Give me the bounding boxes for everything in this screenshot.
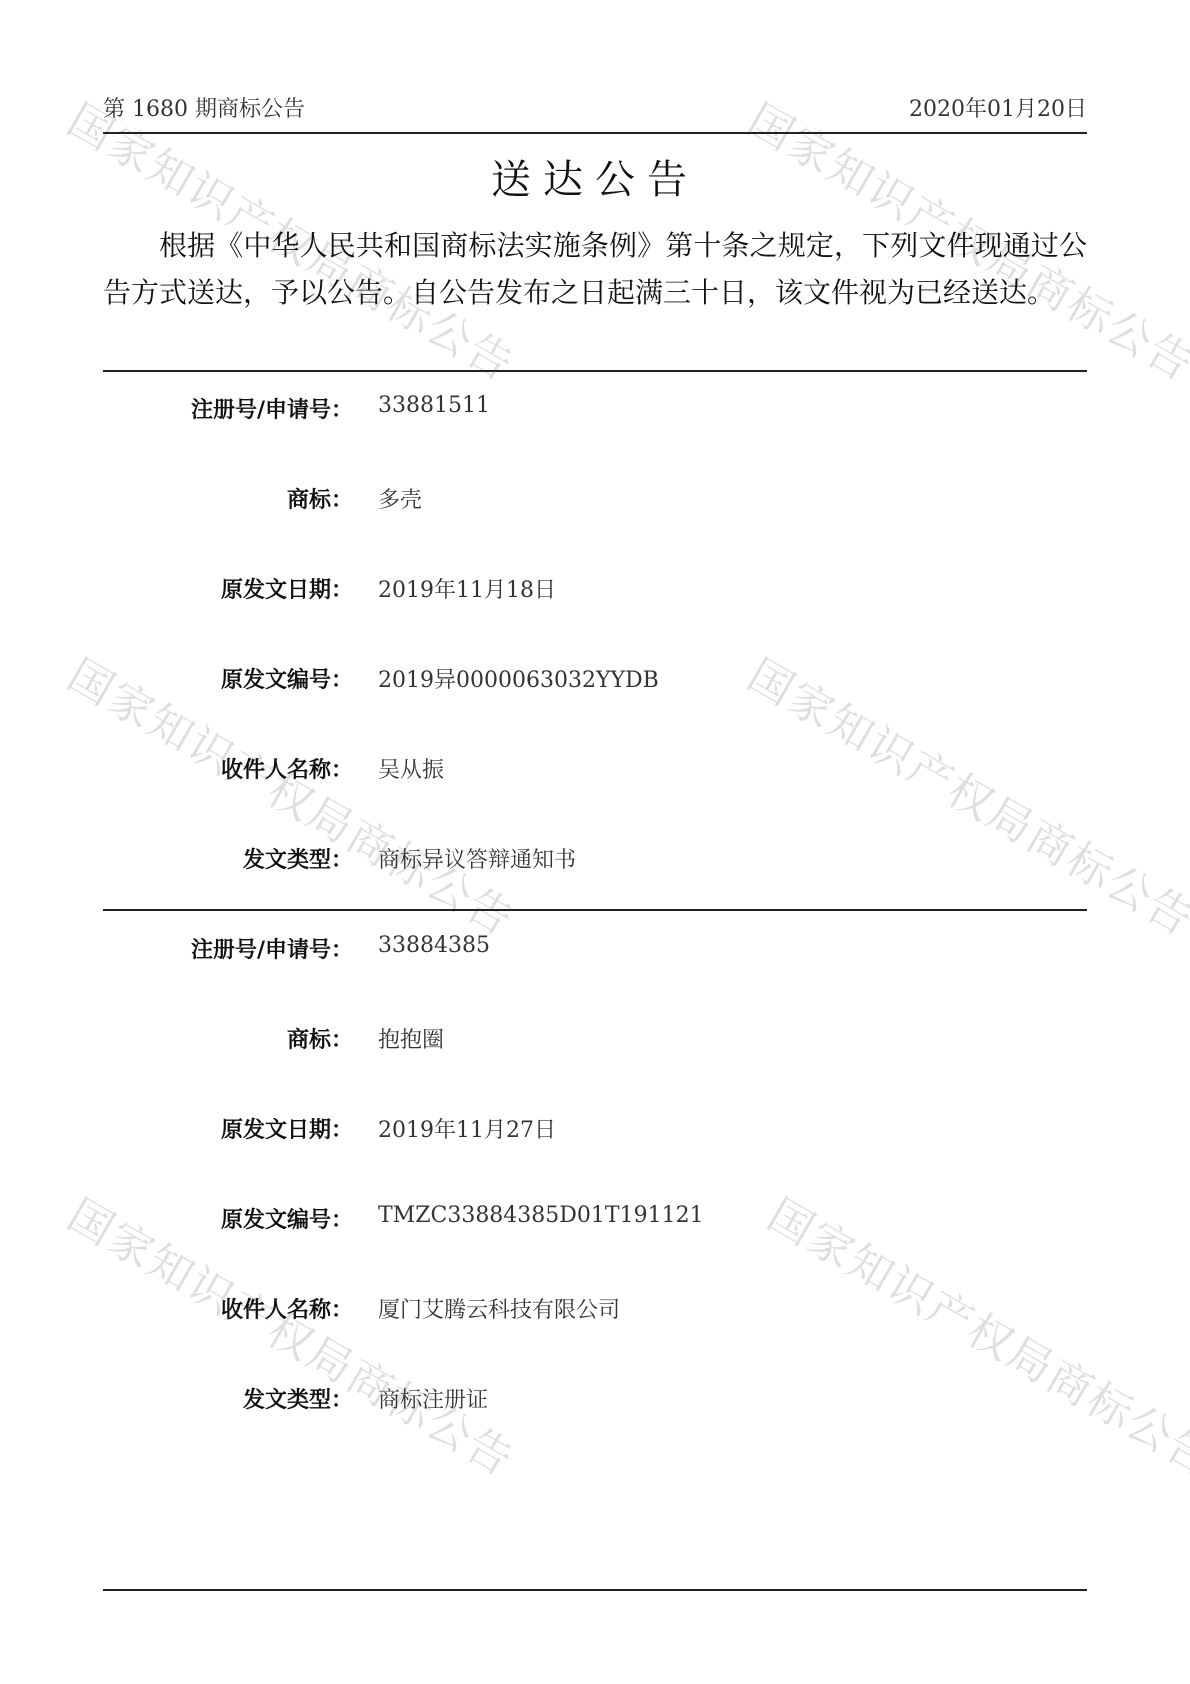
field-orig-no: 原发文编号： 2019异0000063032YYDB [103, 663, 1087, 703]
field-orig-date: 原发文日期： 2019年11月18日 [103, 573, 1087, 613]
field-value: 抱抱圈 [378, 1023, 444, 1054]
field-trademark: 商标： 抱抱圈 [103, 1023, 1087, 1063]
field-value: TMZC33884385D01T191121 [378, 1203, 704, 1228]
issue-number: 第 1680 期商标公告 [103, 92, 305, 123]
field-label: 注册号/申请号： [191, 933, 353, 964]
field-recipient: 收件人名称： 吴从振 [103, 753, 1087, 793]
field-value: 厦门艾腾云科技有限公司 [378, 1293, 620, 1324]
page-title: 送达公告 [0, 148, 1190, 205]
field-doc-type: 发文类型： 商标异议答辩通知书 [103, 843, 1087, 883]
field-value: 商标注册证 [378, 1383, 488, 1414]
field-value: 多壳 [378, 483, 422, 514]
divider [103, 370, 1087, 372]
field-value: 2019异0000063032YYDB [378, 663, 659, 694]
divider [103, 909, 1087, 911]
field-label: 商标： [287, 1023, 353, 1054]
field-label: 注册号/申请号： [191, 393, 353, 424]
field-orig-date: 原发文日期： 2019年11月27日 [103, 1113, 1087, 1153]
field-label: 原发文编号： [221, 663, 353, 694]
field-recipient: 收件人名称： 厦门艾腾云科技有限公司 [103, 1293, 1087, 1333]
field-label: 收件人名称： [221, 753, 353, 784]
field-value: 33884385 [378, 933, 490, 958]
field-label: 收件人名称： [221, 1293, 353, 1324]
footer-divider [103, 1589, 1087, 1591]
field-label: 发文类型： [243, 843, 353, 874]
field-reg-no: 注册号/申请号： 33884385 [103, 933, 1087, 973]
field-reg-no: 注册号/申请号： 33881511 [103, 393, 1087, 433]
field-doc-type: 发文类型： 商标注册证 [103, 1383, 1087, 1423]
field-label: 发文类型： [243, 1383, 353, 1414]
field-orig-no: 原发文编号： TMZC33884385D01T191121 [103, 1203, 1087, 1243]
intro-paragraph: 根据《中华人民共和国商标法实施条例》第十条之规定，下列文件现通过公告方式送达，予… [103, 222, 1087, 316]
field-label: 原发文日期： [221, 1113, 353, 1144]
field-label: 原发文日期： [221, 573, 353, 604]
publication-date: 2020年01月20日 [909, 92, 1087, 123]
field-label: 商标： [287, 483, 353, 514]
field-value: 2019年11月18日 [378, 573, 556, 604]
field-label: 原发文编号： [221, 1203, 353, 1234]
page-header: 第 1680 期商标公告 2020年01月20日 [103, 92, 1087, 134]
field-value: 商标异议答辩通知书 [378, 843, 576, 874]
field-value: 33881511 [378, 393, 490, 418]
field-trademark: 商标： 多壳 [103, 483, 1087, 523]
field-value: 2019年11月27日 [378, 1113, 556, 1144]
field-value: 吴从振 [378, 753, 444, 784]
document-page: 国家知识产权局商标公告 国家知识产权局商标公告 国家知识产权局商标公告 国家知识… [0, 0, 1190, 1684]
